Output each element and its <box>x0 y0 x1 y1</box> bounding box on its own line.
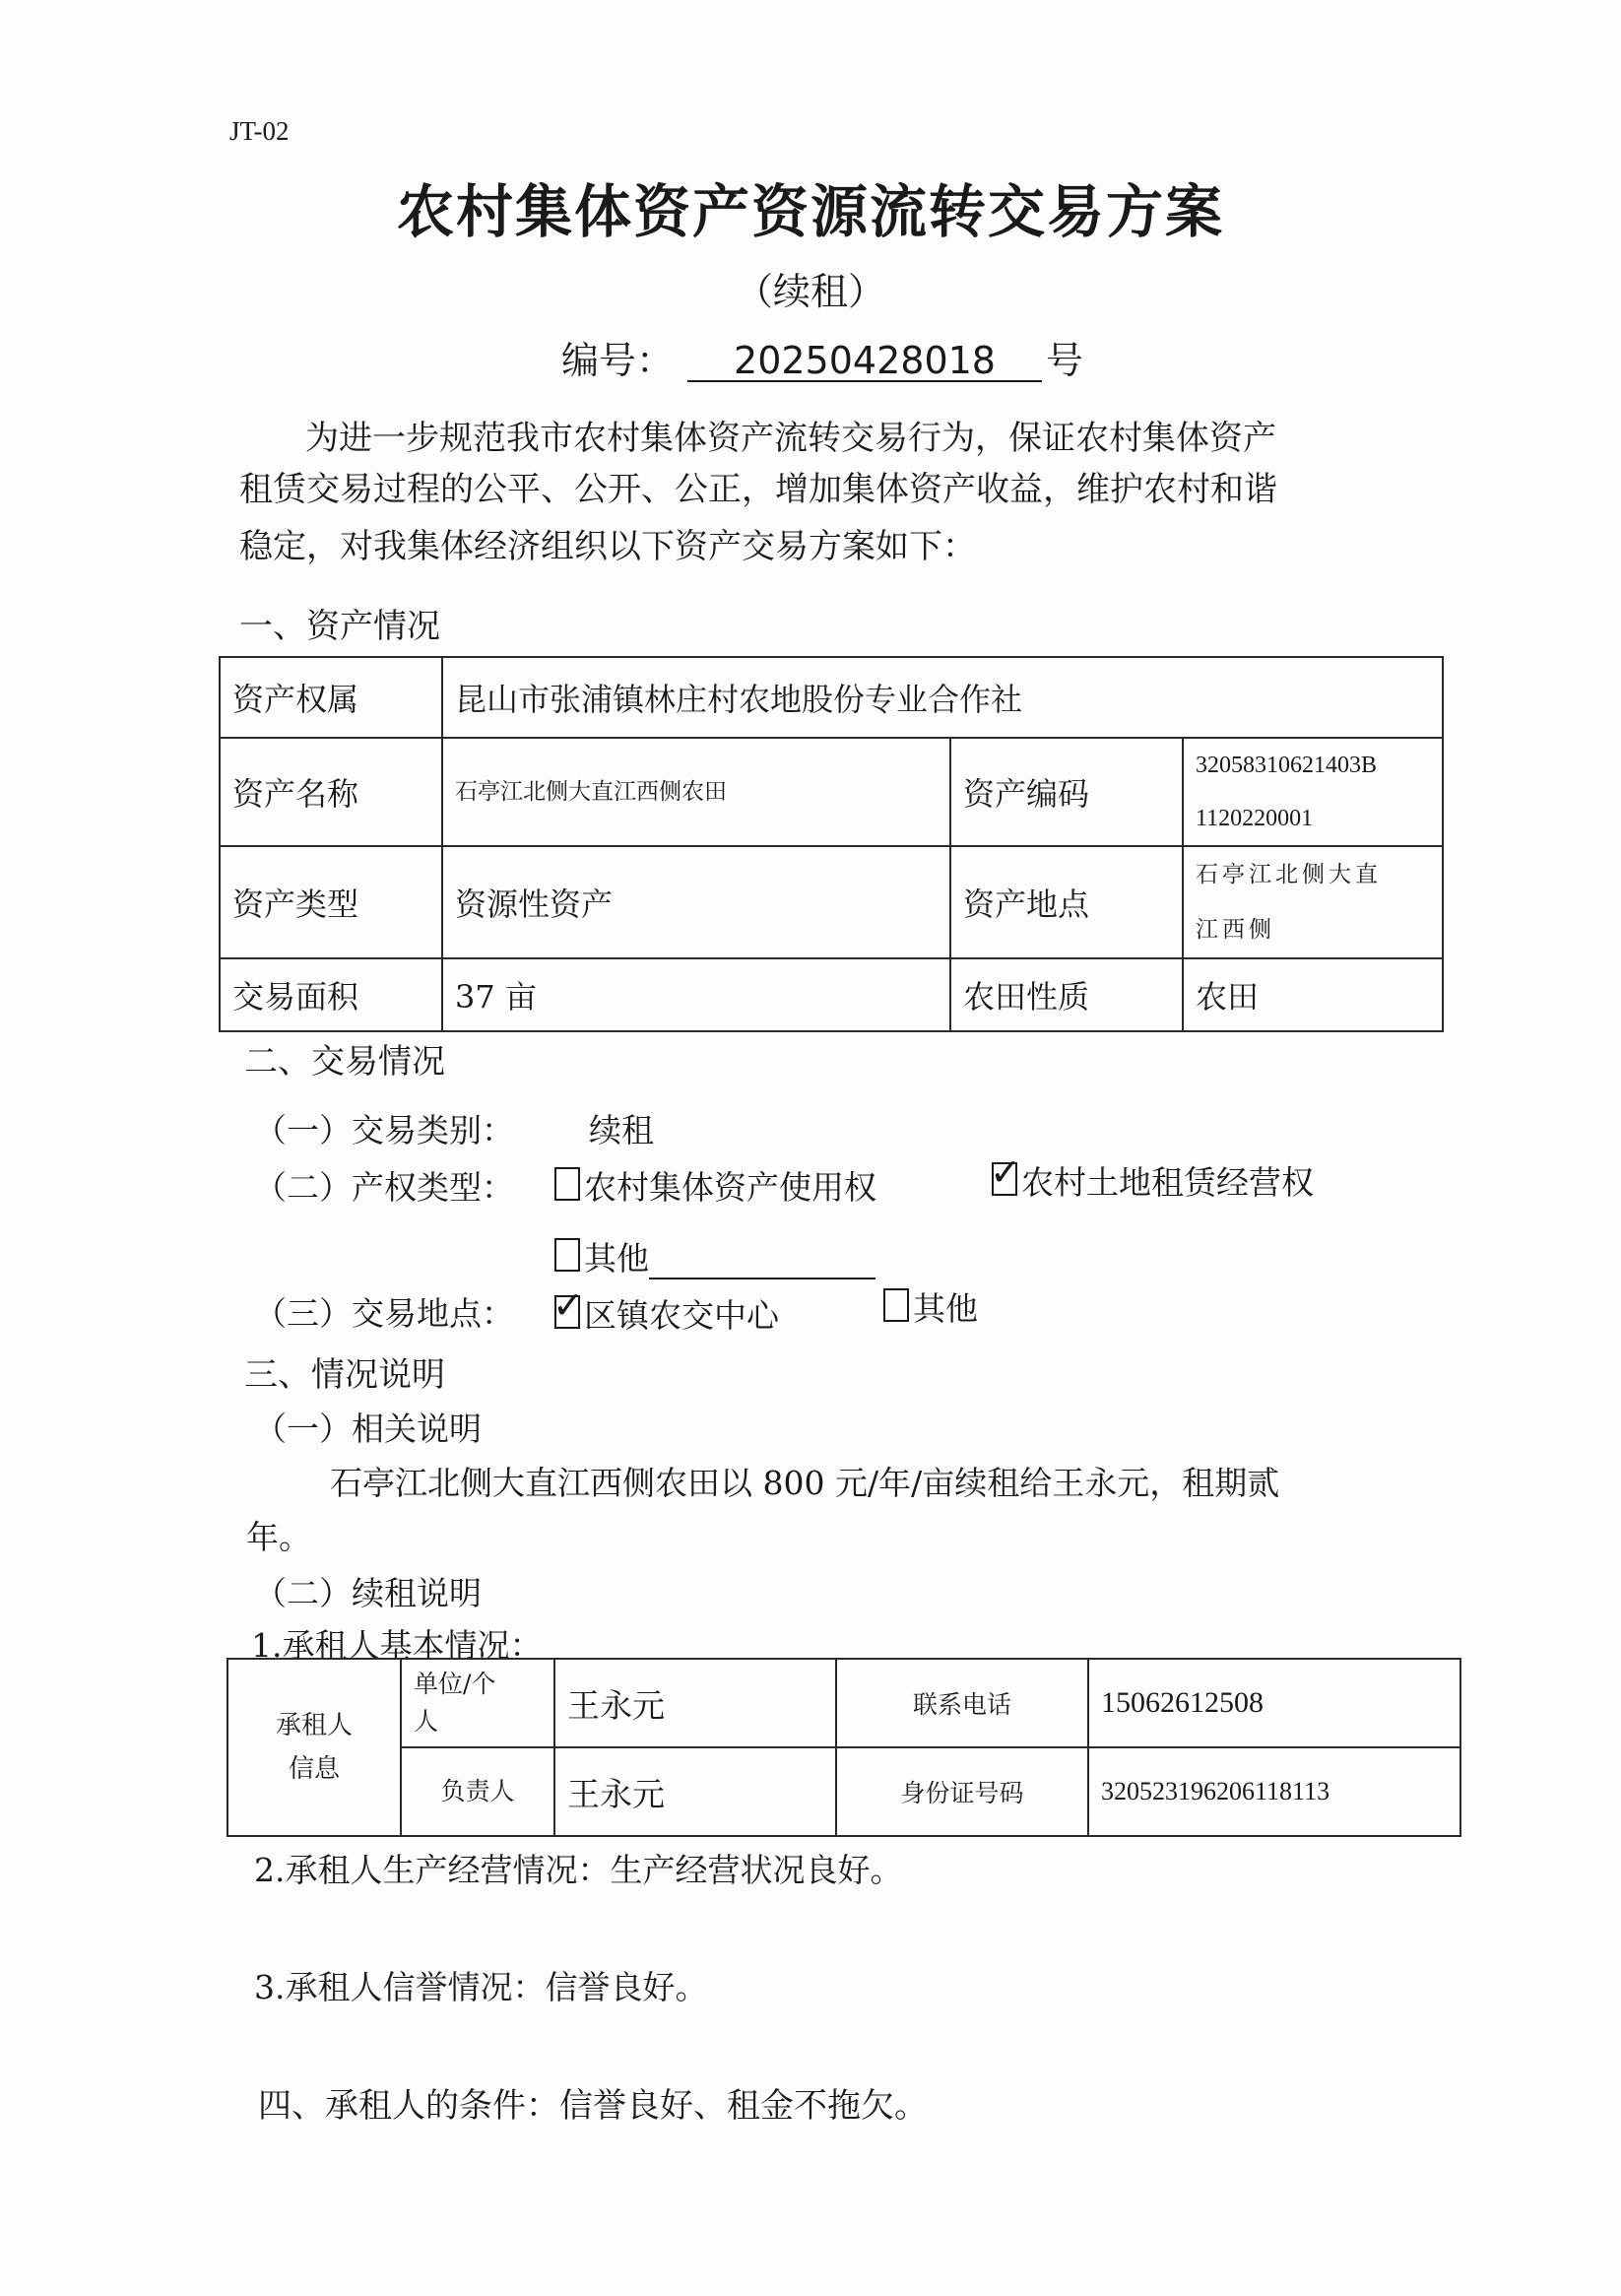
checkbox-unchecked-icon[interactable] <box>554 1238 580 1272</box>
asset-type-value: 资源性资产 <box>442 846 950 958</box>
table-row: 负责人 王永元 身份证号码 320523196206118113 <box>227 1747 1460 1836</box>
option-label: 农村集体资产使用权 <box>584 1168 876 1207</box>
asset-location-label: 资产地点 <box>950 846 1183 958</box>
rights-option-land-lease[interactable]: 农村土地租赁经营权 <box>992 1157 1314 1204</box>
option-label: 其他 <box>913 1289 978 1328</box>
option-label: 农村土地租赁经营权 <box>1021 1163 1314 1202</box>
area-label: 交易面积 <box>220 958 442 1031</box>
table-row: 资产类型 资源性资产 资产地点 石亭江北侧大直 江西侧 <box>220 846 1443 958</box>
lessee-group-line-2: 信息 <box>240 1747 388 1791</box>
serial-number: 20250428018 <box>687 341 1042 382</box>
item2-text: 2.承租人生产经营情况：生产经营状况良好。 <box>254 1845 903 1891</box>
intro-line-3: 稳定，对我集体经济组织以下资产交易方案如下： <box>239 522 976 571</box>
asset-code-line-1: 32058310621403B <box>1196 739 1430 792</box>
asset-code-value: 32058310621403B 1120220001 <box>1183 738 1443 846</box>
responsible-label: 负责人 <box>401 1747 554 1836</box>
id-value: 320523196206118113 <box>1088 1747 1460 1836</box>
table-row: 资产名称 石亭江北侧大直江西侧农田 资产编码 32058310621403B 1… <box>220 738 1443 846</box>
serial-label: 编号： <box>561 339 674 382</box>
table-row: 交易面积 37 亩 农田性质 农田 <box>220 958 1443 1031</box>
nature-value: 农田 <box>1183 958 1443 1031</box>
checkbox-unchecked-icon[interactable] <box>883 1288 909 1322</box>
intro-line-2: 租赁交易过程的公平、公开、公正，增加集体资产收益，维护农村和谐 <box>239 465 1277 514</box>
asset-code-label: 资产编码 <box>950 738 1183 846</box>
section-3-heading: 三、情况说明 <box>244 1347 445 1396</box>
unit-value: 王永元 <box>554 1659 836 1747</box>
asset-table: 资产权属 昆山市张浦镇林庄村农地股份专业合作社 资产名称 石亭江北侧大直江西侧农… <box>219 656 1444 1032</box>
section-2-heading: 二、交易情况 <box>244 1034 445 1082</box>
rights-option-other[interactable]: 其他 <box>554 1233 875 1279</box>
intro-line-1: 为进一步规范我市农村集体资产流转交易行为，保证农村集体资产 <box>305 414 1276 463</box>
sub1-text-line-2: 年。 <box>246 1512 311 1558</box>
sub1-heading: （一）相关说明 <box>254 1404 482 1450</box>
asset-location-value: 石亭江北侧大直 江西侧 <box>1183 846 1443 958</box>
option-label: 其他 <box>584 1239 649 1278</box>
item3-text: 3.承租人信誉情况：信誉良好。 <box>254 1962 708 2008</box>
asset-name-value: 石亭江北侧大直江西侧农田 <box>442 738 950 846</box>
phone-value: 15062612508 <box>1088 1659 1460 1747</box>
asset-name-label: 资产名称 <box>220 738 442 846</box>
phone-label: 联系电话 <box>836 1659 1088 1747</box>
lessee-group-label: 承租人 信息 <box>227 1659 401 1836</box>
unit-label-line-1: 单位/个 <box>414 1666 542 1703</box>
option-label: 区镇农交中心 <box>584 1296 779 1335</box>
checkbox-checked-icon[interactable] <box>554 1295 580 1329</box>
sub1-text-line-1: 石亭江北侧大直江西侧农田以 800 元/年/亩续租给王永元，租期贰 <box>330 1458 1279 1504</box>
venue-option-town-center[interactable]: 区镇农交中心 <box>554 1290 779 1337</box>
serial-suffix: 号 <box>1046 339 1083 382</box>
nature-label: 农田性质 <box>950 958 1183 1031</box>
other-fill-blank[interactable] <box>649 1248 875 1279</box>
lessee-group-line-1: 承租人 <box>240 1704 388 1747</box>
id-label: 身份证号码 <box>836 1747 1088 1836</box>
section-1-heading: 一、资产情况 <box>239 599 440 647</box>
ownership-label: 资产权属 <box>220 657 442 738</box>
asset-code-line-2: 1120220001 <box>1196 792 1430 845</box>
ownership-value: 昆山市张浦镇林庄村农地股份专业合作社 <box>442 657 1443 738</box>
section-4-text: 四、承租人的条件：信誉良好、租金不拖欠。 <box>258 2078 928 2127</box>
unit-label-line-2: 人 <box>414 1703 542 1740</box>
rights-type-label: （二）产权类型： <box>254 1162 514 1209</box>
serial-number-line: 编号：20250428018号 <box>561 330 1083 384</box>
transaction-category-value: 续租 <box>589 1105 654 1151</box>
document-title: 农村集体资产资源流转交易方案 <box>0 165 1621 248</box>
checkbox-unchecked-icon[interactable] <box>554 1167 580 1201</box>
table-row: 资产权属 昆山市张浦镇林庄村农地股份专业合作社 <box>220 657 1443 738</box>
venue-label: （三）交易地点： <box>254 1288 514 1335</box>
transaction-category-label: （一）交易类别： <box>254 1105 514 1151</box>
asset-location-line-1: 石亭江北侧大直 <box>1196 847 1430 902</box>
lessee-table: 承租人 信息 单位/个 人 王永元 联系电话 15062612508 负责人 王… <box>227 1658 1461 1837</box>
unit-label: 单位/个 人 <box>401 1659 554 1747</box>
document-subtitle: （续租） <box>0 261 1621 315</box>
form-code: JT-02 <box>229 116 290 147</box>
checkbox-checked-icon[interactable] <box>992 1162 1017 1196</box>
asset-location-line-2: 江西侧 <box>1196 902 1430 957</box>
responsible-value: 王永元 <box>554 1747 836 1836</box>
area-value: 37 亩 <box>442 958 950 1031</box>
table-row: 承租人 信息 单位/个 人 王永元 联系电话 15062612508 <box>227 1659 1460 1747</box>
sub2-heading: （二）续租说明 <box>254 1568 482 1614</box>
rights-option-collective-asset-use[interactable]: 农村集体资产使用权 <box>554 1162 876 1209</box>
asset-type-label: 资产类型 <box>220 846 442 958</box>
venue-option-other[interactable]: 其他 <box>883 1283 978 1330</box>
